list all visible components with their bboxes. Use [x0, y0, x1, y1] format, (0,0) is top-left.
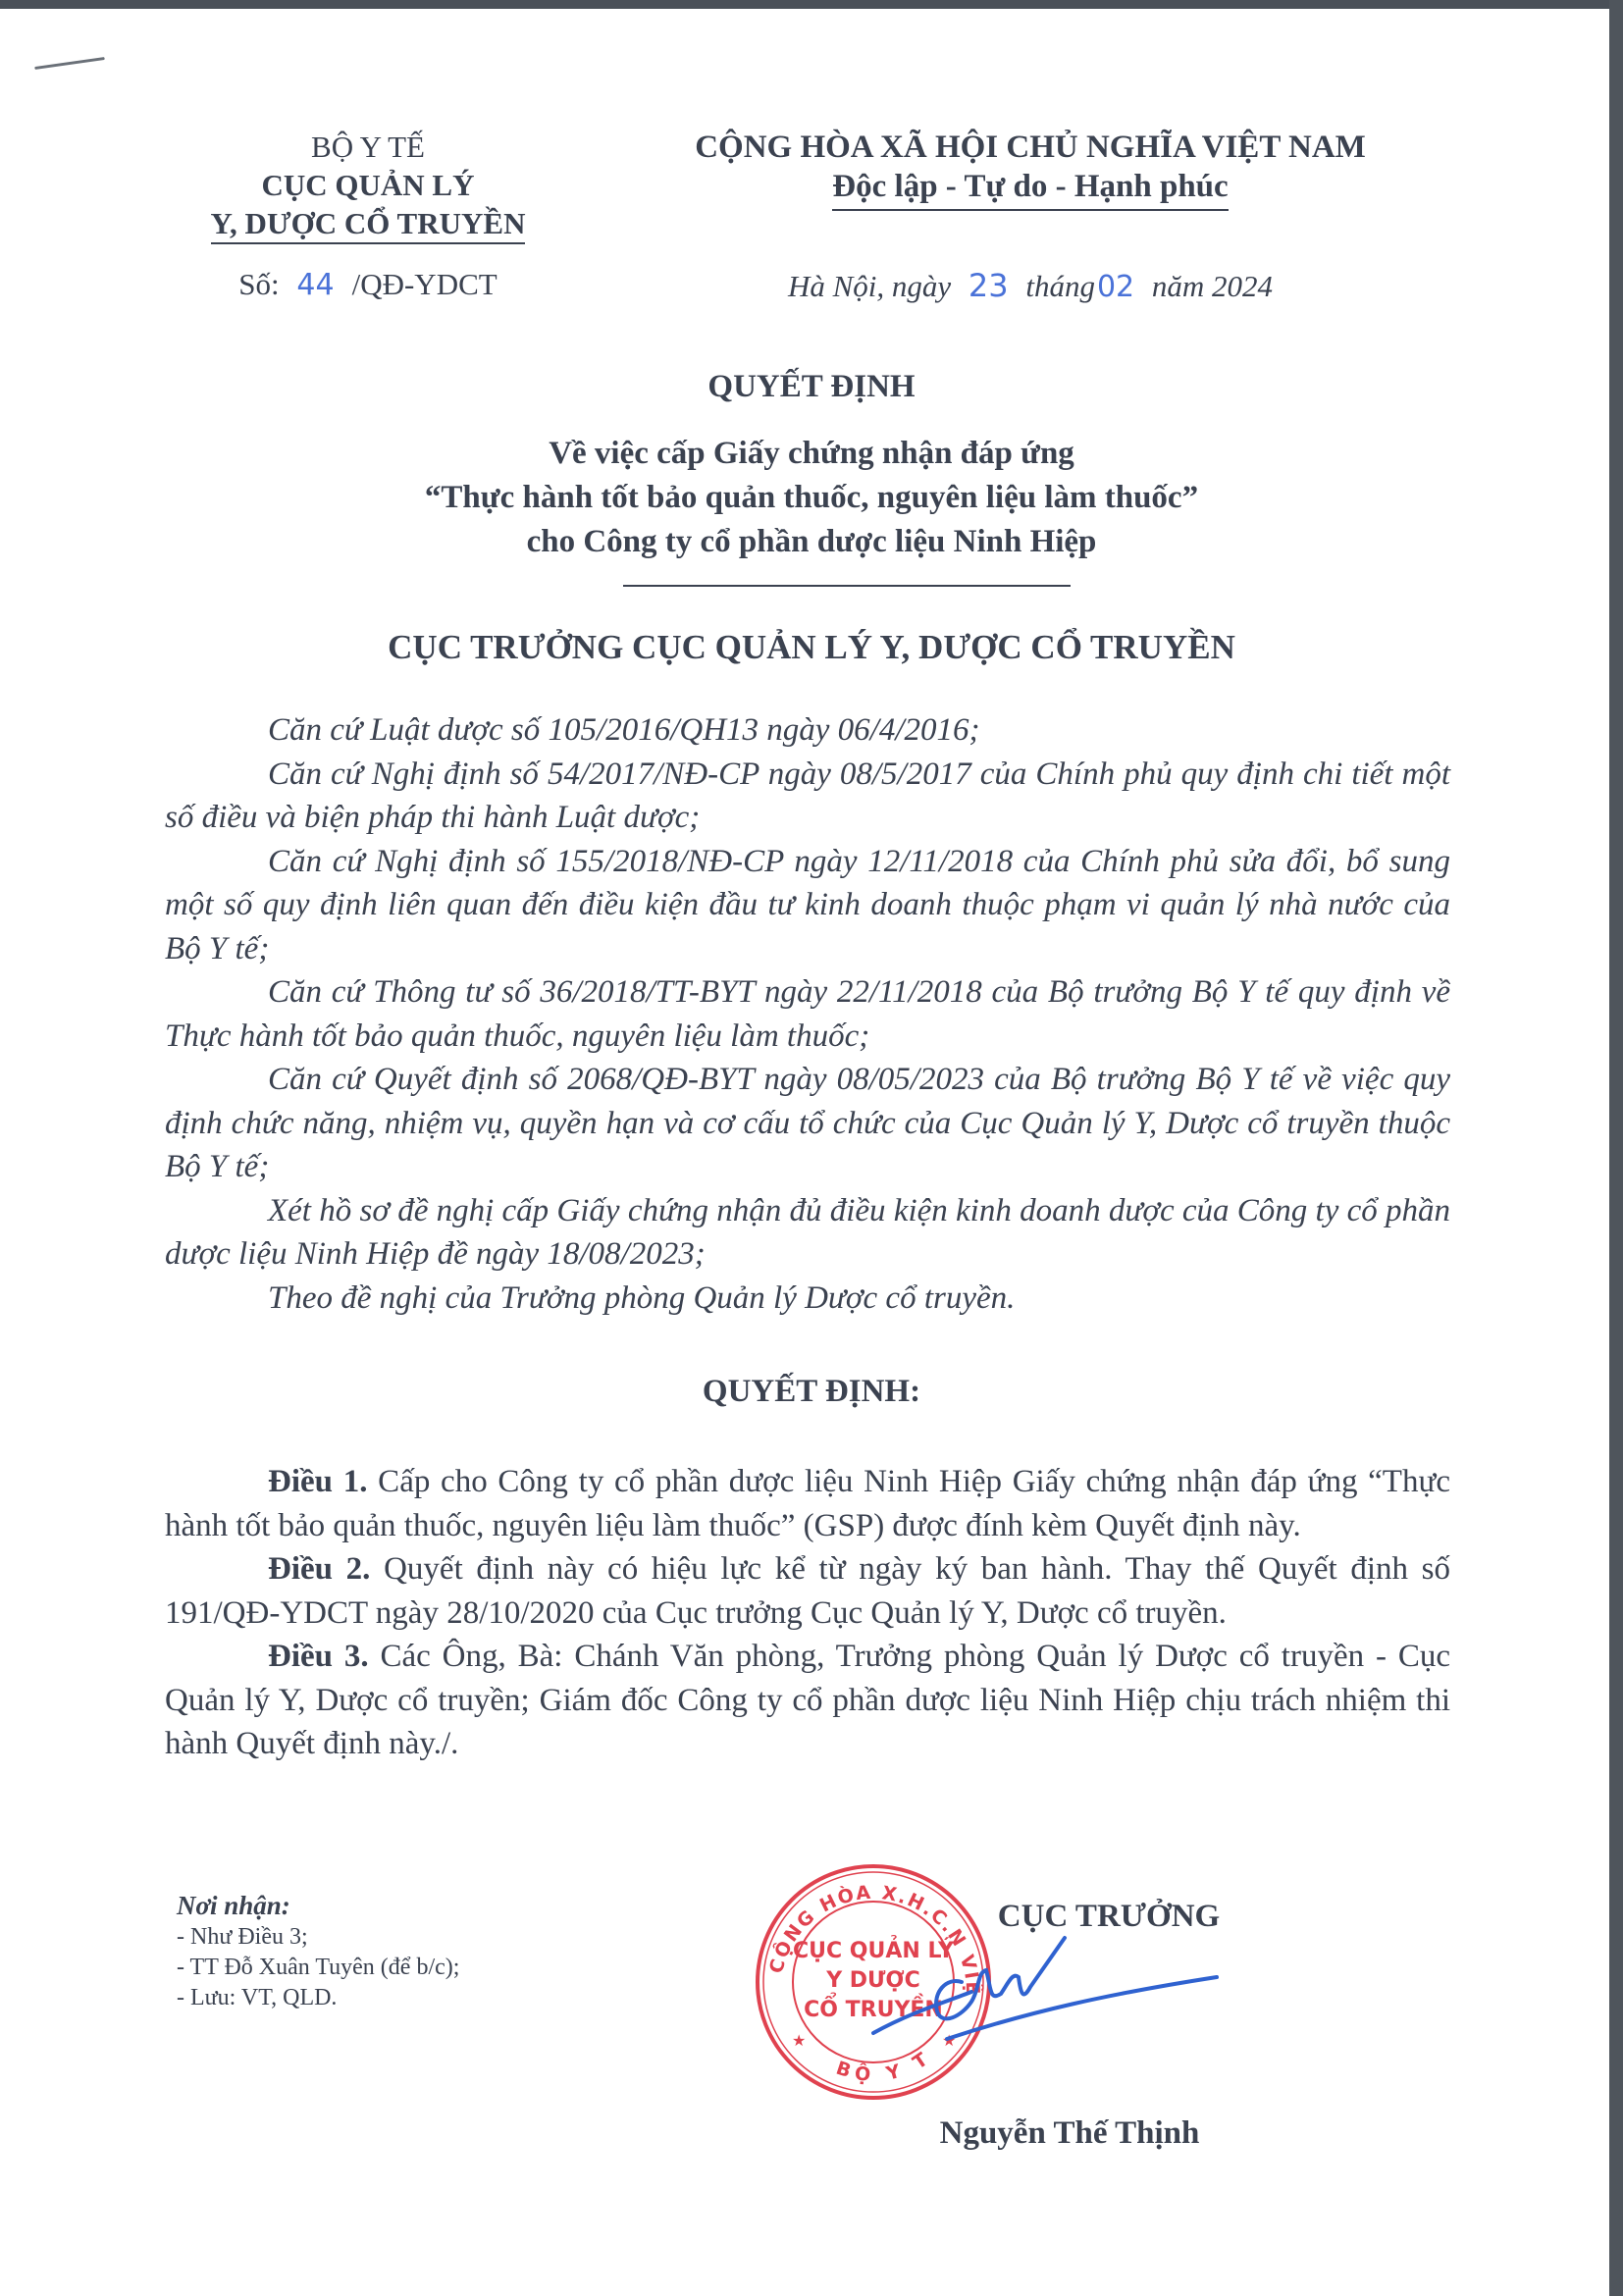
recipient-item: - Lưu: VT, QLD.	[177, 1983, 765, 2013]
day-handwritten: 23	[969, 267, 1009, 304]
ref-number-handwritten: 44	[296, 268, 334, 302]
scan-border-top	[0, 0, 1623, 9]
ministry-name: BỘ Y TẾ	[157, 128, 579, 166]
scan-mark	[34, 57, 105, 70]
legal-basis-item: Xét hồ sơ đề nghị cấp Giấy chứng nhận đủ…	[165, 1189, 1450, 1277]
month-handwritten: 02	[1097, 270, 1134, 304]
document-subject: Về việc cấp Giấy chứng nhận đáp ứng “Thự…	[0, 432, 1623, 564]
articles: Điều 1. Cấp cho Công ty cổ phần dược liệ…	[165, 1460, 1450, 1766]
subject-underline	[623, 585, 1071, 587]
date-prefix: Hà Nội, ngày	[788, 269, 951, 303]
ref-label: Số:	[238, 267, 279, 301]
document-title: QUYẾT ĐỊNH	[0, 369, 1623, 405]
issuing-authority: CỤC TRƯỞNG CỤC QUẢN LÝ Y, DƯỢC CỔ TRUYỀN	[0, 628, 1623, 667]
national-motto: Độc lập - Tự do - Hạnh phúc	[832, 167, 1228, 211]
article-2: Điều 2. Quyết định này có hiệu lực kể từ…	[165, 1547, 1450, 1635]
subject-line-2: “Thực hành tốt bảo quản thuốc, nguyên li…	[0, 476, 1623, 520]
decision-heading: QUYẾT ĐỊNH:	[0, 1374, 1623, 1410]
signatory-name: Nguyễn Thế Thịnh	[864, 2115, 1276, 2152]
signatory-title: CỤC TRƯỞNG	[903, 1899, 1315, 1935]
ref-suffix: /QĐ-YDCT	[352, 267, 497, 301]
legal-basis-item: Căn cứ Nghị định số 155/2018/NĐ-CP ngày …	[165, 840, 1450, 971]
legal-bases: Căn cứ Luật dược số 105/2016/QH13 ngày 0…	[165, 708, 1450, 1320]
article-3: Điều 3. Các Ông, Bà: Chánh Văn phòng, Tr…	[165, 1635, 1450, 1766]
place-date: Hà Nội, ngày 23 tháng02 năm 2024	[638, 267, 1423, 304]
article-label: Điều 3.	[268, 1639, 369, 1674]
legal-basis-item: Căn cứ Thông tư số 36/2018/TT-BYT ngày 2…	[165, 970, 1450, 1058]
country-name: CỘNG HÒA XÃ HỘI CHỦ NGHĨA VIỆT NAM	[638, 128, 1423, 167]
svg-text:★: ★	[792, 2031, 806, 2050]
issuing-agency: BỘ Y TẾ CỤC QUẢN LÝ Y, DƯỢC CỔ TRUYỀN	[157, 128, 579, 244]
month-label: tháng	[1025, 269, 1095, 303]
recipients-label: Nơi nhận:	[177, 1889, 765, 1922]
scan-border-right	[1609, 0, 1623, 2296]
recipient-item: - TT Đỗ Xuân Tuyên (để b/c);	[177, 1953, 765, 1983]
legal-basis-item: Căn cứ Luật dược số 105/2016/QH13 ngày 0…	[165, 708, 1450, 753]
recipient-item: - Như Điều 3;	[177, 1922, 765, 1953]
article-1: Điều 1. Cấp cho Công ty cổ phần dược liệ…	[165, 1460, 1450, 1547]
subject-line-1: Về việc cấp Giấy chứng nhận đáp ứng	[0, 432, 1623, 476]
national-header: CỘNG HÒA XÃ HỘI CHỦ NGHĨA VIỆT NAM Độc l…	[638, 128, 1423, 211]
agency-name-line2: Y, DƯỢC CỔ TRUYỀN	[211, 204, 526, 244]
year-text: năm 2024	[1152, 269, 1273, 303]
legal-basis-item: Theo đề nghị của Trưởng phòng Quản lý Dư…	[165, 1277, 1450, 1321]
agency-name-line1: CỤC QUẢN LÝ	[157, 166, 579, 204]
article-label: Điều 1.	[268, 1464, 367, 1499]
legal-basis-item: Căn cứ Quyết định số 2068/QĐ-BYT ngày 08…	[165, 1058, 1450, 1189]
reference-number: Số: 44/QĐ-YDCT	[157, 267, 579, 302]
article-label: Điều 2.	[268, 1551, 370, 1587]
handwritten-signature-icon	[854, 1933, 1246, 2051]
recipients-block: Nơi nhận: - Như Điều 3; - TT Đỗ Xuân Tuy…	[177, 1889, 765, 2013]
subject-line-3: cho Công ty cổ phần dược liệu Ninh Hiệp	[0, 520, 1623, 564]
legal-basis-item: Căn cứ Nghị định số 54/2017/NĐ-CP ngày 0…	[165, 753, 1450, 840]
